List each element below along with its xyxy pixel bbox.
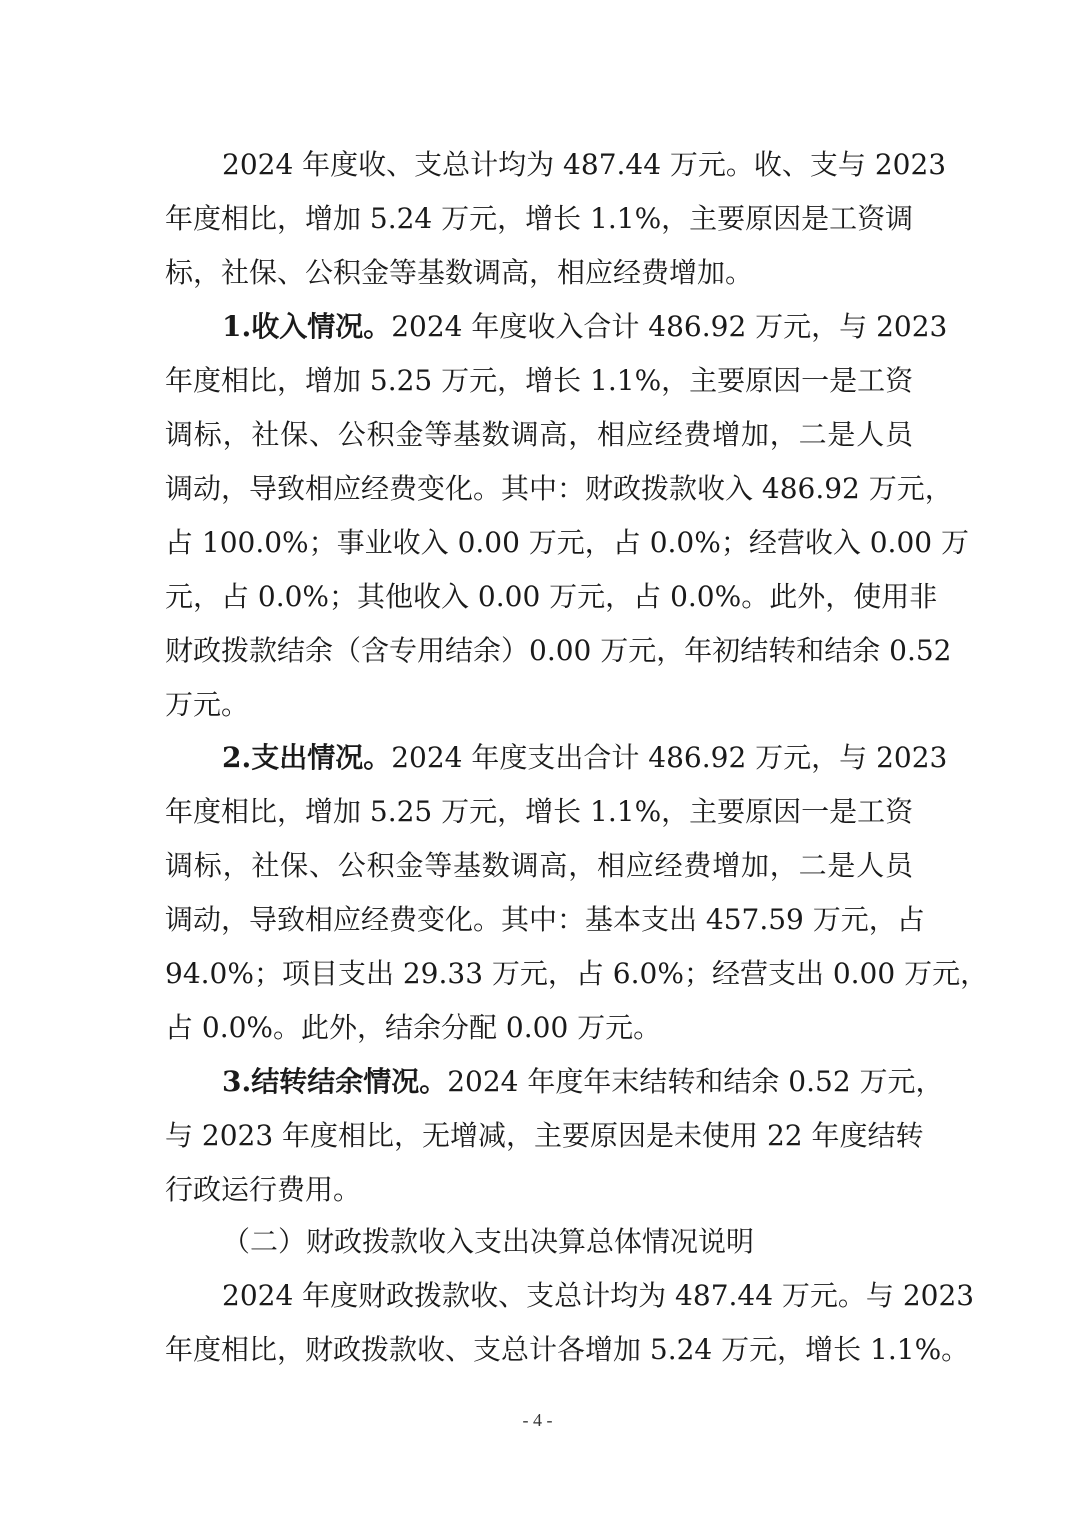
expenditure-line-5: 94.0%；项目支出 29.33 万元，占 6.0%；经营支出 0.00 万元， [165, 954, 913, 994]
fiscal-summary-line-1: 2024 年度财政拨款收、支总计均为 487.44 万元。与 2023 [222, 1276, 913, 1316]
income-line-8: 万元。 [165, 685, 249, 725]
summary-line-1: 2024 年度收、支总计均为 487.44 万元。收、支与 2023 [222, 145, 913, 185]
section-two-title: （二）财政拨款收入支出决算总体情况说明 [222, 1222, 754, 1262]
income-heading: 1.收入情况。 [222, 310, 391, 343]
income-line-3: 调标，社保、公积金等基数调高，相应经费增加，二是人员 [165, 415, 913, 455]
income-line-2: 年度相比，增加 5.25 万元，增长 1.1%，主要原因一是工资 [165, 361, 913, 401]
document-page: 2024 年度收、支总计均为 487.44 万元。收、支与 2023 年度相比，… [0, 0, 1075, 1520]
expenditure-text: 2024 年度支出合计 486.92 万元，与 2023 [391, 741, 947, 774]
income-text: 2024 年度收入合计 486.92 万元，与 2023 [391, 310, 947, 343]
expenditure-line-3: 调标，社保、公积金等基数调高，相应经费增加，二是人员 [165, 846, 913, 886]
income-line-4: 调动，导致相应经费变化。其中：财政拨款收入 486.92 万元， [165, 469, 913, 509]
income-line-1: 1.收入情况。2024 年度收入合计 486.92 万元，与 2023 [222, 307, 913, 347]
carryover-line-1: 3.结转结余情况。2024 年度年末结转和结余 0.52 万元， [222, 1062, 913, 1102]
expenditure-heading: 2.支出情况。 [222, 741, 391, 774]
carryover-text: 2024 年度年末结转和结余 0.52 万元， [447, 1065, 943, 1098]
expenditure-line-4: 调动，导致相应经费变化。其中：基本支出 457.59 万元，占 [165, 900, 913, 940]
income-line-6: 元，占 0.0%；其他收入 0.00 万元，占 0.0%。此外，使用非 [165, 577, 913, 617]
expenditure-line-6: 占 0.0%。此外，结余分配 0.00 万元。 [165, 1008, 661, 1048]
summary-line-2: 年度相比，增加 5.24 万元，增长 1.1%，主要原因是工资调 [165, 199, 913, 239]
income-line-5: 占 100.0%；事业收入 0.00 万元，占 0.0%；经营收入 0.00 万 [165, 523, 913, 563]
fiscal-summary-line-2: 年度相比，财政拨款收、支总计各增加 5.24 万元，增长 1.1%。 [165, 1330, 913, 1370]
expenditure-line-1: 2.支出情况。2024 年度支出合计 486.92 万元，与 2023 [222, 738, 913, 778]
summary-line-3: 标，社保、公积金等基数调高，相应经费增加。 [165, 253, 753, 293]
income-line-7: 财政拨款结余（含专用结余）0.00 万元，年初结转和结余 0.52 [165, 631, 913, 671]
carryover-heading: 3.结转结余情况。 [222, 1065, 447, 1098]
expenditure-line-2: 年度相比，增加 5.25 万元，增长 1.1%，主要原因一是工资 [165, 792, 913, 832]
page-number: - 4 - [0, 1410, 1075, 1431]
carryover-line-2: 与 2023 年度相比，无增减，主要原因是未使用 22 年度结转 [165, 1116, 913, 1156]
carryover-line-3: 行政运行费用。 [165, 1170, 361, 1210]
